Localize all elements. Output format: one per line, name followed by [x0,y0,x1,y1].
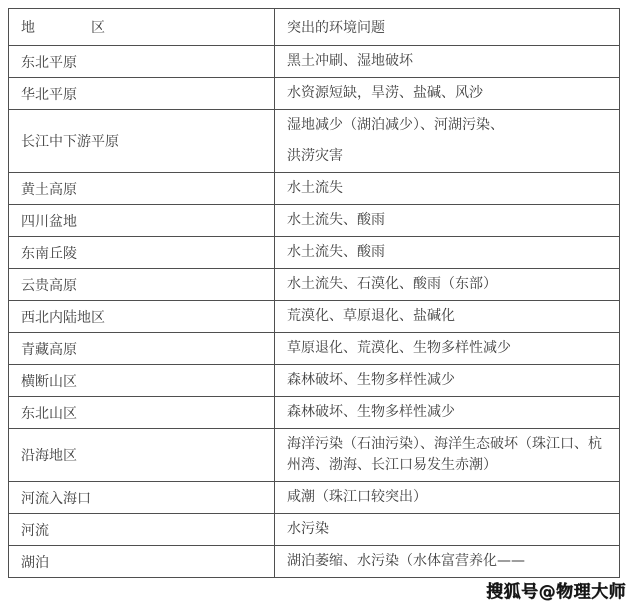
problems-text: 水土流失、石漠化、酸雨（东部） [287,274,607,295]
problems-cell: 草原退化、荒漠化、生物多样性减少 [275,333,620,365]
problems-text: 森林破坏、生物多样性减少 [287,402,607,423]
region-cell: 华北平原 [9,78,275,110]
problems-text: 水土流失 [287,178,607,199]
region-cell: 青藏高原 [9,333,275,365]
problems-text: 水资源短缺，旱涝、盐碱、风沙 [287,83,607,104]
region-cell: 长江中下游平原 [9,110,275,173]
table-row: 四川盆地水土流失、酸雨 [9,205,620,237]
header-region: 地 区 [9,9,275,46]
region-cell: 云贵高原 [9,269,275,301]
problems-text: 森林破坏、生物多样性减少 [287,370,607,391]
table-row: 横断山区森林破坏、生物多样性减少 [9,365,620,397]
table-row: 长江中下游平原湿地减少（湖泊减少）、河湖污染、洪涝灾害 [9,110,620,173]
table-row: 西北内陆地区荒漠化、草原退化、盐碱化 [9,301,620,333]
watermark: 搜狐号@物理大师 [486,577,626,602]
region-cell: 河流 [9,514,275,546]
region-cell: 沿海地区 [9,429,275,482]
problems-text: 水污染 [287,519,607,540]
table-row: 沿海地区海洋污染（石油污染）、海洋生态破坏（珠江口、杭州湾、渤海、长江口易发生赤… [9,429,620,482]
problems-cell: 森林破坏、生物多样性减少 [275,365,620,397]
problems-text: 黑土冲刷、湿地破坏 [287,51,607,72]
region-cell: 横断山区 [9,365,275,397]
problems-text: 水土流失、酸雨 [287,210,607,231]
table-row: 云贵高原水土流失、石漠化、酸雨（东部） [9,269,620,301]
region-cell: 四川盆地 [9,205,275,237]
table-header-row: 地 区 突出的环境问题 [9,9,620,46]
problems-cell: 海洋污染（石油污染）、海洋生态破坏（珠江口、杭州湾、渤海、长江口易发生赤潮） [275,429,620,482]
table-row: 湖泊湖泊萎缩、水污染（水体富营养化—— [9,546,620,578]
table-row: 东北平原黑土冲刷、湿地破坏 [9,46,620,78]
problems-cell: 湖泊萎缩、水污染（水体富营养化—— [275,546,620,578]
problems-cell: 水土流失、酸雨 [275,237,620,269]
problems-cell: 森林破坏、生物多样性减少 [275,397,620,429]
problems-cell: 湿地减少（湖泊减少）、河湖污染、洪涝灾害 [275,110,620,173]
problems-text: 湿地减少（湖泊减少）、河湖污染、 [287,115,607,136]
region-cell: 湖泊 [9,546,275,578]
table-row: 黄土高原水土流失 [9,173,620,205]
table-row: 河流入海口咸潮（珠江口较突出） [9,482,620,514]
problems-text: 洪涝灾害 [287,146,607,167]
region-cell: 黄土高原 [9,173,275,205]
problems-cell: 水土流失、酸雨 [275,205,620,237]
problems-text: 草原退化、荒漠化、生物多样性减少 [287,338,607,359]
region-cell: 东南丘陵 [9,237,275,269]
problems-cell: 荒漠化、草原退化、盐碱化 [275,301,620,333]
problems-cell: 咸潮（珠江口较突出） [275,482,620,514]
table-row: 东北山区森林破坏、生物多样性减少 [9,397,620,429]
problems-cell: 黑土冲刷、湿地破坏 [275,46,620,78]
table-row: 河流水污染 [9,514,620,546]
environment-problems-table: 地 区 突出的环境问题 东北平原黑土冲刷、湿地破坏华北平原水资源短缺，旱涝、盐碱… [8,8,620,578]
problems-text: 海洋污染（石油污染）、海洋生态破坏（珠江口、杭州湾、渤海、长江口易发生赤潮） [287,434,607,476]
table-row: 东南丘陵水土流失、酸雨 [9,237,620,269]
problems-cell: 水土流失、石漠化、酸雨（东部） [275,269,620,301]
problems-cell: 水土流失 [275,173,620,205]
table-row: 青藏高原草原退化、荒漠化、生物多样性减少 [9,333,620,365]
problems-text: 荒漠化、草原退化、盐碱化 [287,306,607,327]
region-cell: 河流入海口 [9,482,275,514]
table-body: 东北平原黑土冲刷、湿地破坏华北平原水资源短缺，旱涝、盐碱、风沙长江中下游平原湿地… [9,46,620,578]
region-cell: 东北山区 [9,397,275,429]
region-cell: 东北平原 [9,46,275,78]
problems-text: 咸潮（珠江口较突出） [287,487,607,508]
problems-cell: 水污染 [275,514,620,546]
table-row: 华北平原水资源短缺，旱涝、盐碱、风沙 [9,78,620,110]
problems-text: 湖泊萎缩、水污染（水体富营养化—— [287,551,607,572]
region-cell: 西北内陆地区 [9,301,275,333]
problems-text: 水土流失、酸雨 [287,242,607,263]
problems-cell: 水资源短缺，旱涝、盐碱、风沙 [275,78,620,110]
header-problems: 突出的环境问题 [275,9,620,46]
